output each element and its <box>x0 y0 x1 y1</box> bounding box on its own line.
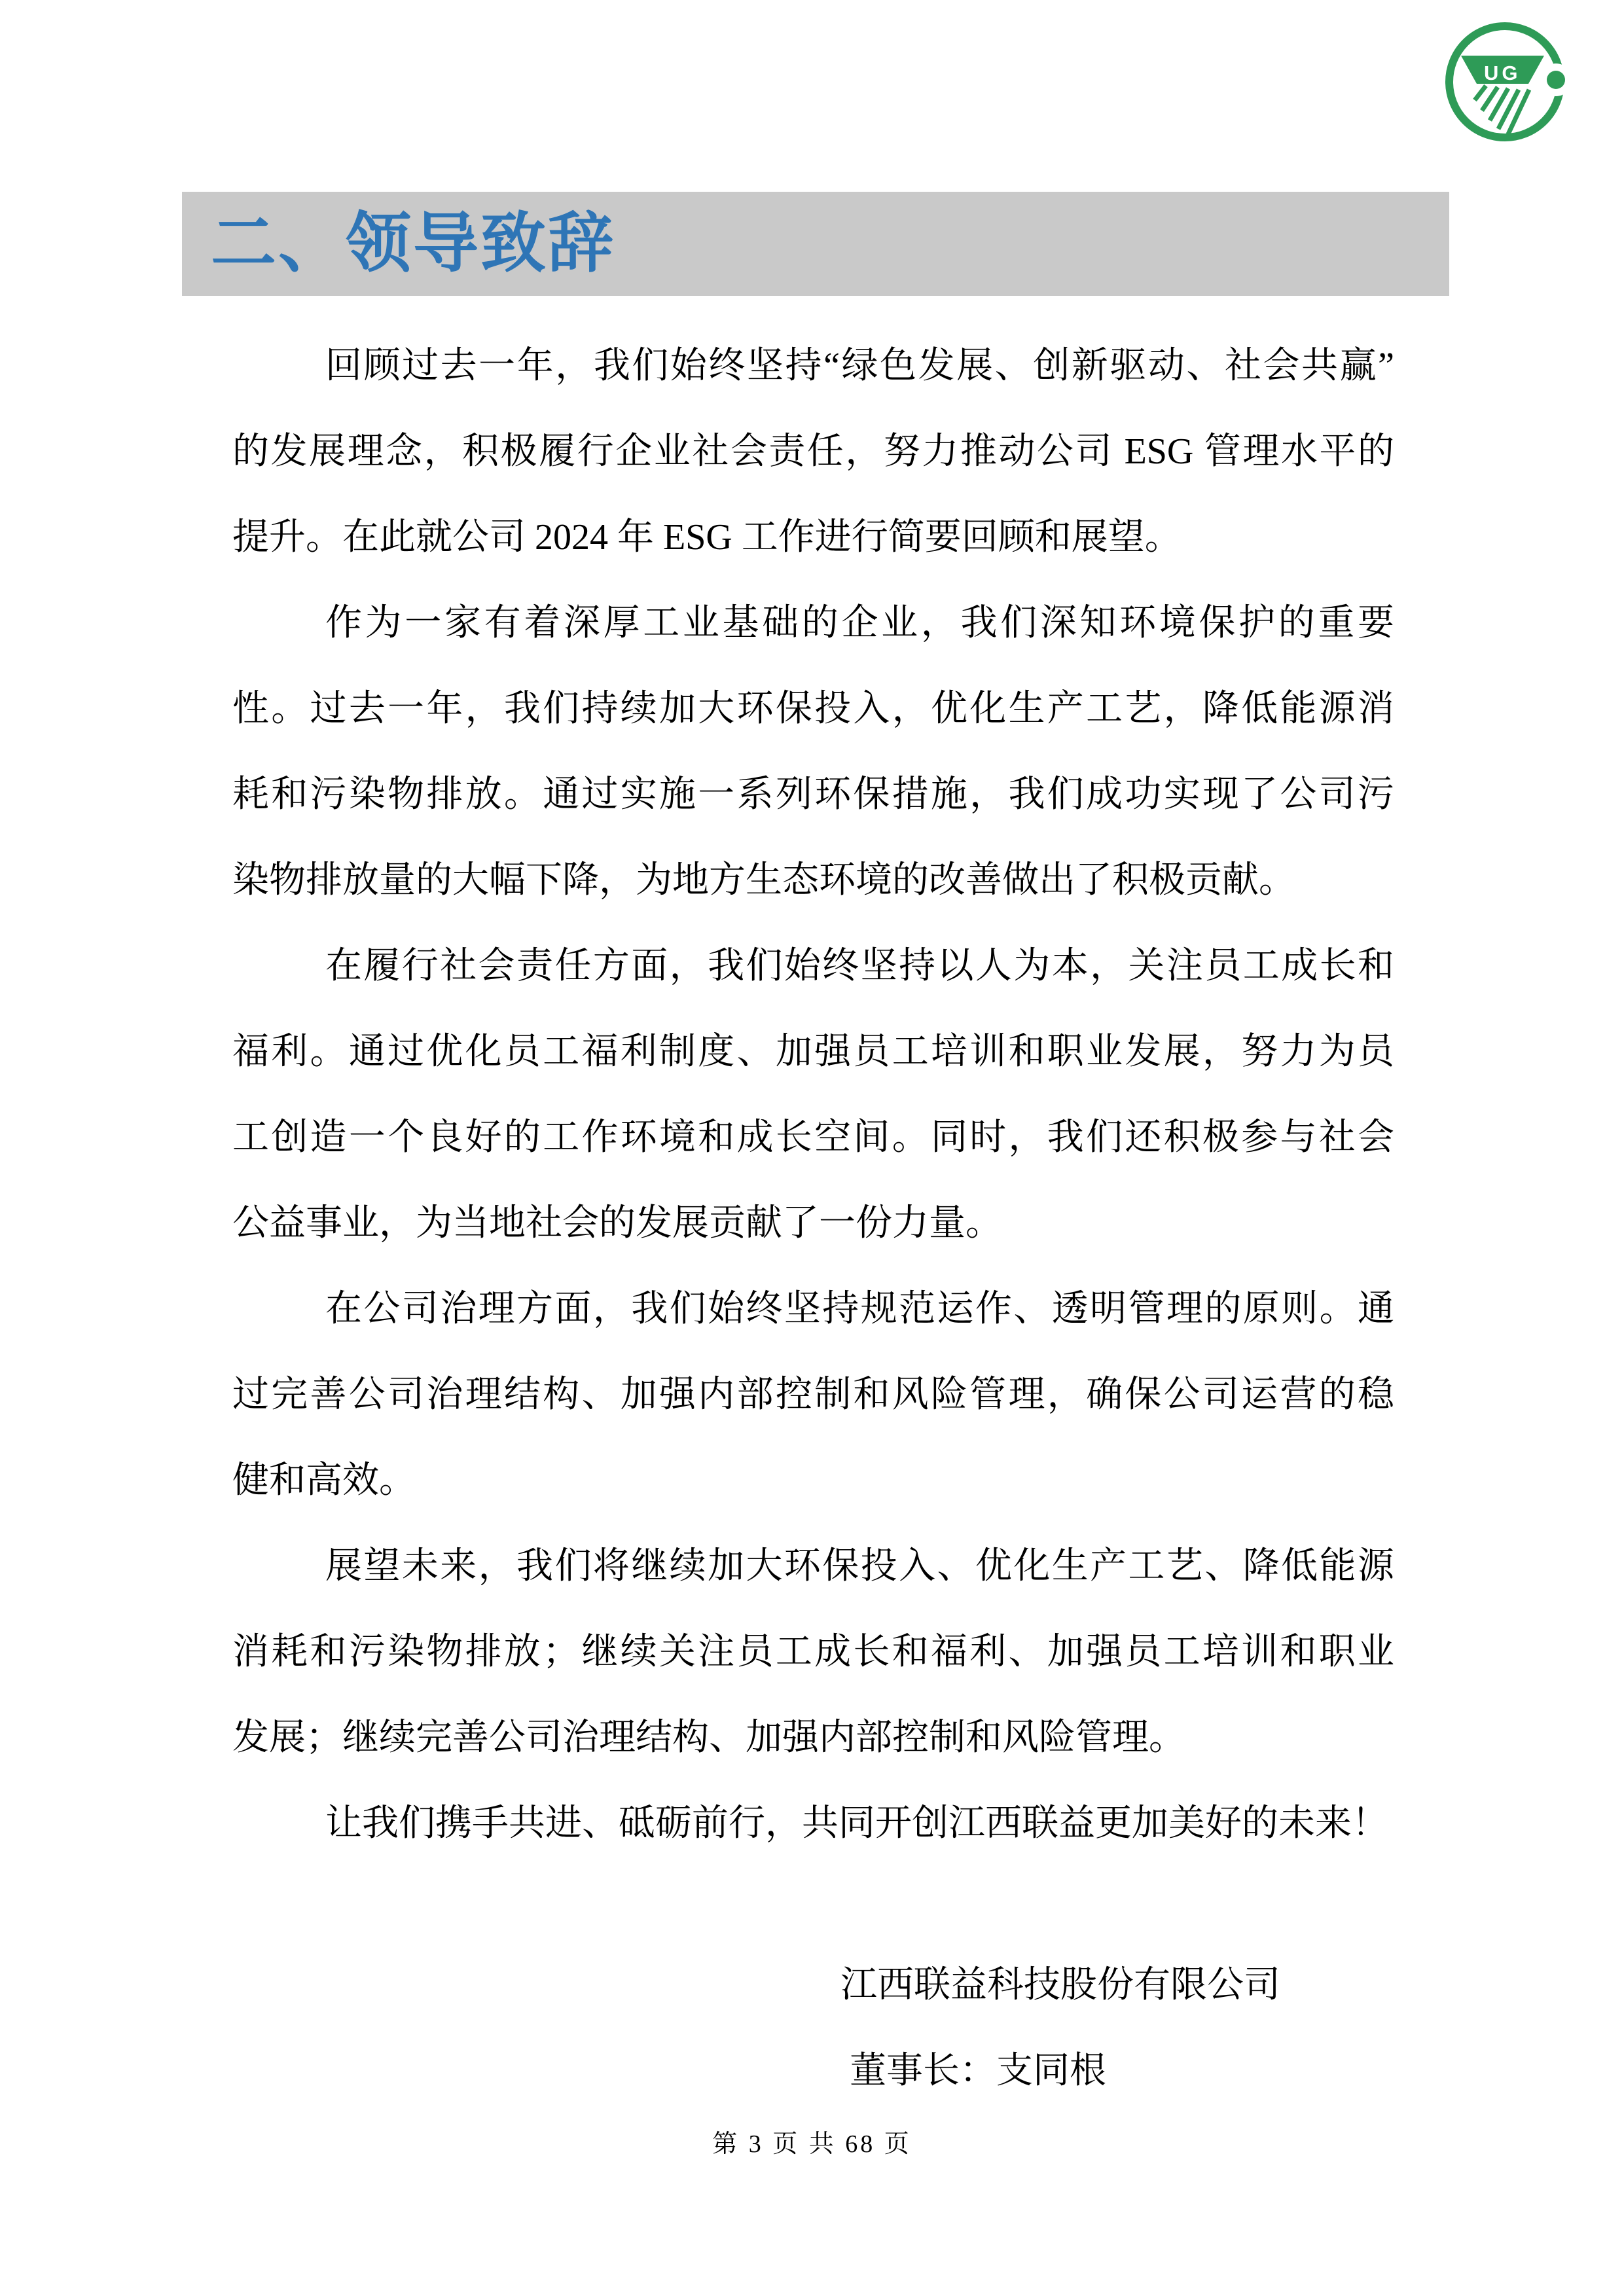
body-line: 的发展理念，积极履行企业社会责任，努力推动公司 ESG 管理水平的 <box>232 409 1394 495</box>
body-line: 福利。通过优化员工福利制度、加强员工培训和职业发展，努力为员 <box>232 1009 1394 1095</box>
body-line: 染物排放量的大幅下降，为地方生态环境的改善做出了积极贡献。 <box>232 838 1394 924</box>
body-line: 公益事业，为当地社会的发展贡献了一份力量。 <box>232 1181 1394 1266</box>
body-line: 在公司治理方面，我们始终坚持规范运作、透明管理的原则。通 <box>232 1266 1394 1352</box>
body-line: 提升。在此就公司 2024 年 ESG 工作进行简要回顾和展望。 <box>232 495 1394 581</box>
body-line: 性。过去一年，我们持续加大环保投入，优化生产工艺，降低能源消 <box>232 666 1394 752</box>
body-line: 作为一家有着深厚工业基础的企业，我们深知环境保护的重要 <box>232 581 1394 666</box>
body-line: 耗和污染物排放。通过实施一系列环保措施，我们成功实现了公司污 <box>232 752 1394 838</box>
section-banner: 二、领导致辞 <box>182 192 1449 296</box>
body-line: 消耗和污染物排放；继续关注员工成长和福利、加强员工培训和职业 <box>232 1609 1394 1695</box>
section-title: 二、领导致辞 <box>182 192 1449 296</box>
body-line: 在履行社会责任方面，我们始终坚持以人为本，关注员工成长和 <box>232 924 1394 1009</box>
body-line: 回顾过去一年，我们始终坚持“绿色发展、创新驱动、社会共赢” <box>232 323 1394 409</box>
signature-chairman: 董事长：支同根 <box>850 2049 1106 2093</box>
page-footer: 第 3 页 共 68 页 <box>0 2130 1624 2160</box>
logo-ug-text: UG <box>1484 62 1521 84</box>
body-line: 发展；继续完善公司治理结构、加强内部控制和风险管理。 <box>232 1695 1394 1781</box>
body-line: 展望未来，我们将继续加大环保投入、优化生产工艺、降低能源 <box>232 1524 1394 1609</box>
speech-body: 回顾过去一年，我们始终坚持“绿色发展、创新驱动、社会共赢”的发展理念，积极履行企… <box>232 323 1394 1867</box>
document-page: UG 二、领导致辞 回顾过去一年，我们始终坚持“绿色发展、创新驱动、社会共赢”的… <box>0 0 1624 2296</box>
body-line: 健和高效。 <box>232 1438 1394 1524</box>
body-line: 过完善公司治理结构、加强内部控制和风险管理，确保公司运营的稳 <box>232 1352 1394 1438</box>
logo-orbit-dot <box>1547 71 1565 89</box>
company-ug-logo-icon: UG <box>1437 18 1568 143</box>
body-line: 工创造一个良好的工作环境和成长空间。同时，我们还积极参与社会 <box>232 1095 1394 1181</box>
logo-hatch-stripes <box>1475 86 1529 134</box>
body-line: 让我们携手共进、砥砺前行，共同开创江西联益更加美好的未来！ <box>232 1781 1394 1867</box>
signature-company: 江西联益科技股份有限公司 <box>840 1964 1280 2007</box>
